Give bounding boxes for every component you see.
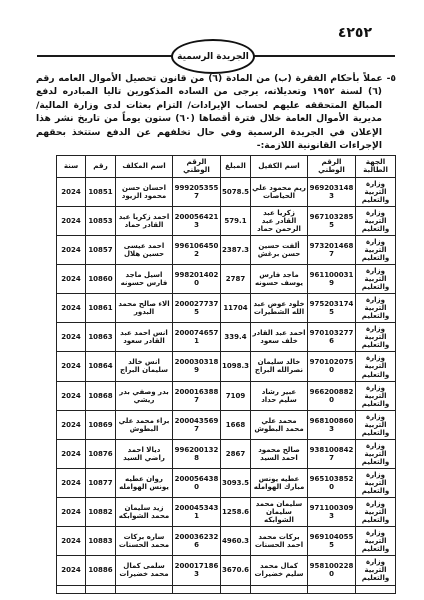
cell-guarantor-name: صالح محمود احمد السيد: [251, 439, 308, 468]
table-row: وزارة التربية والتعليم 9662008820 عبير ر…: [57, 381, 396, 410]
cell-entity: وزارة التربية والتعليم: [356, 381, 396, 410]
cell-number: 10882: [86, 498, 116, 527]
cell-entity: وزارة التربية والتعليم: [356, 294, 396, 323]
cell-number: 10863: [86, 323, 116, 352]
table-row: وزارة التربية والتعليم 9611000319 ماجد ف…: [57, 264, 396, 293]
gazette-page: ٤٢٥٢ الجريدة الرسمية ٥- عملاً بأحكام الف…: [0, 0, 424, 600]
cell-year: 2024: [57, 235, 86, 264]
header-national-id: الرقم الوطني: [173, 156, 221, 178]
table-row: وزارة التربية والتعليم 9692031483 ريم مح…: [57, 177, 396, 206]
cell-guarantor-national-id: 9611000319: [308, 264, 356, 293]
header-number: رقم: [86, 156, 116, 178]
cell-national-id: 9982014020: [173, 264, 221, 293]
cell-national-id: 2000564380: [173, 468, 221, 497]
cell-year: 2024: [57, 410, 86, 439]
table-row: وزارة التربية والتعليم 9701020750 خالد س…: [57, 352, 396, 381]
cell-guarantor-national-id: 9681008603: [308, 410, 356, 439]
cell-national-id: 2000277375: [173, 294, 221, 323]
cell-number: 10876: [86, 439, 116, 468]
cell-amount: 3670.6: [221, 556, 251, 585]
cell-entity: وزارة التربية والتعليم: [356, 527, 396, 556]
table-row: وزارة التربية والتعليم 9701032776 احمد ع…: [57, 323, 396, 352]
cell-entity: وزارة التربية والتعليم: [356, 410, 396, 439]
cell-guarantor-national-id: 9701020750: [308, 352, 356, 381]
cell-year: 2024: [57, 527, 86, 556]
cell-amount: 5078.5: [221, 177, 251, 206]
cell-taxpayer-name: ساره بركات محمد الحسنات: [116, 527, 173, 556]
table-row: وزارة التربية والتعليم 9381008427 صالح م…: [57, 439, 396, 468]
cell-taxpayer-name: احسان حسن محمود الزيود: [116, 177, 173, 206]
cell-amount: 1668: [221, 410, 251, 439]
header-year: سنة: [57, 156, 86, 178]
cell-national-id: 2000362326: [173, 527, 221, 556]
cell-taxpayer-name: الاء صالح محمد البدور: [116, 294, 173, 323]
table-row: وزارة التربية والتعليم 9671032855 زكريا …: [57, 206, 396, 235]
cell-taxpayer-name: انس خالد سليمان البراج: [116, 352, 173, 381]
cell-amount: 1098.3: [221, 352, 251, 381]
cell-guarantor-national-id: 9671032855: [308, 206, 356, 235]
cell-number: 10883: [86, 527, 116, 556]
table-row: وزارة التربية والتعليم 9691040555 بركات …: [57, 527, 396, 556]
cell-guarantor-national-id: 9581002280: [308, 556, 356, 585]
cell-guarantor-name: عبير رشاد سليم حداد: [251, 381, 308, 410]
cell-number: 10860: [86, 264, 116, 293]
header-taxpayer-name: اسم المكلف: [116, 156, 173, 178]
cell-national-id: 9962001328: [173, 439, 221, 468]
cell-year: 2024: [57, 206, 86, 235]
cell-amount: 339.4: [221, 323, 251, 352]
cell-entity: وزارة التربية والتعليم: [356, 556, 396, 585]
cell-number: 10853: [86, 206, 116, 235]
cell-guarantor-national-id: 9662008820: [308, 381, 356, 410]
cell-guarantor-name: سليمان محمد سليمان الشوابكه: [251, 498, 308, 527]
cell-guarantor-national-id: 9381008427: [308, 439, 356, 468]
cell-amount: 579.1: [221, 206, 251, 235]
cell-amount: 2387.3: [221, 235, 251, 264]
page-number: ٤٢٥٢: [338, 25, 372, 41]
gazette-banner: الجريدة الرسمية: [171, 39, 255, 74]
cell-taxpayer-name: انس احمد عبد القادر سعود: [116, 323, 173, 352]
cell-entity: وزارة التربية والتعليم: [356, 323, 396, 352]
cell-national-id: 2000453431: [173, 498, 221, 527]
cell-entity: وزارة التربية والتعليم: [356, 468, 396, 497]
cell-number: 10877: [86, 468, 116, 497]
cell-year: 2024: [57, 556, 86, 585]
cell-national-id: 2000163887: [173, 381, 221, 410]
cell-entity: وزارة التربية والتعليم: [356, 439, 396, 468]
cell-year: 2024: [57, 439, 86, 468]
cell-number: 10857: [86, 235, 116, 264]
cell-taxpayer-name: ديالا احمد راضي السيد: [116, 439, 173, 468]
table-empty-row: [57, 585, 396, 593]
header-entity: الجهة الطالبة: [356, 156, 396, 178]
cell-guarantor-name: بركات محمد احمد الحسنات: [251, 527, 308, 556]
cell-amount: 2787: [221, 264, 251, 293]
table-row: وزارة التربية والتعليم 9681008603 محمد ع…: [57, 410, 396, 439]
cell-year: 2024: [57, 323, 86, 352]
cell-year: 2024: [57, 381, 86, 410]
cell-guarantor-national-id: 9651038520: [308, 468, 356, 497]
cell-national-id: 2000564213: [173, 206, 221, 235]
cell-guarantor-name: ريم محمود علي الحياصات: [251, 177, 308, 206]
cell-taxpayer-name: سلمى كمال محمد خضيرات: [116, 556, 173, 585]
cell-guarantor-national-id: 9711003093: [308, 498, 356, 527]
notice-text: عملاً بأحكام الفقرة (ب) من المادة (٦) من…: [36, 73, 383, 151]
cell-amount: 7109: [221, 381, 251, 410]
cell-number: 10861: [86, 294, 116, 323]
cell-guarantor-name: زكريا عبد القادر عبد الرحمن حماد: [251, 206, 308, 235]
cell-taxpayer-name: احمد عيسى حسين هلال: [116, 235, 173, 264]
cell-guarantor-national-id: 9732014687: [308, 235, 356, 264]
cell-guarantor-name: عطيه يونس مبارك الهوامله: [251, 468, 308, 497]
cell-amount: 2867: [221, 439, 251, 468]
cell-guarantor-name: خلود عوض عبد الله الشطيرات: [251, 294, 308, 323]
cell-year: 2024: [57, 177, 86, 206]
cell-year: 2024: [57, 468, 86, 497]
cell-guarantor-national-id: 9692031483: [308, 177, 356, 206]
header-amount: المبلغ: [221, 156, 251, 178]
cell-national-id: 9992053557: [173, 177, 221, 206]
cell-national-id: 2000303189: [173, 352, 221, 381]
notice-bullet: ٥-: [387, 73, 396, 84]
cell-guarantor-name: ألفت حسين حسن برغش: [251, 235, 308, 264]
cell-number: 10868: [86, 381, 116, 410]
cell-entity: وزارة التربية والتعليم: [356, 498, 396, 527]
cell-entity: وزارة التربية والتعليم: [356, 352, 396, 381]
cell-year: 2024: [57, 352, 86, 381]
taxpayers-table: الجهة الطالبة الرقم الوطني اسم الكفيل ال…: [56, 155, 396, 594]
table-row: وزارة التربية والتعليم 9732014687 ألفت ح…: [57, 235, 396, 264]
cell-national-id: 2000435697: [173, 410, 221, 439]
cell-guarantor-national-id: 9691040555: [308, 527, 356, 556]
cell-taxpayer-name: بدر وصفي بدر ريشي: [116, 381, 173, 410]
cell-amount: 11704: [221, 294, 251, 323]
cell-number: 10864: [86, 352, 116, 381]
cell-taxpayer-name: زيد سليمان محمد الشوابكه: [116, 498, 173, 527]
legal-notice-paragraph: ٥- عملاً بأحكام الفقرة (ب) من المادة (٦)…: [36, 72, 396, 152]
cell-number: 10851: [86, 177, 116, 206]
cell-guarantor-national-id: 9701032776: [308, 323, 356, 352]
cell-amount: 3093.5: [221, 468, 251, 497]
cell-guarantor-national-id: 9752031745: [308, 294, 356, 323]
cell-national-id: 9961064502: [173, 235, 221, 264]
cell-taxpayer-name: احمد زكريا عبد القادر حماد: [116, 206, 173, 235]
cell-number: 10886: [86, 556, 116, 585]
cell-taxpayer-name: روان عطيه يونس الهوامله: [116, 468, 173, 497]
table-row: وزارة التربية والتعليم 9752031745 خلود ع…: [57, 294, 396, 323]
cell-amount: 4960.3: [221, 527, 251, 556]
cell-entity: وزارة التربية والتعليم: [356, 235, 396, 264]
table-row: وزارة التربية والتعليم 9711003093 سليمان…: [57, 498, 396, 527]
cell-guarantor-name: محمد علي محمد البطوش: [251, 410, 308, 439]
cell-national-id: 2000746571: [173, 323, 221, 352]
cell-entity: وزارة التربية والتعليم: [356, 206, 396, 235]
table-row: وزارة التربية والتعليم 9581002280 كمال م…: [57, 556, 396, 585]
cell-guarantor-name: احمد عبد القادر خلف سعود: [251, 323, 308, 352]
cell-number: 10869: [86, 410, 116, 439]
cell-year: 2024: [57, 294, 86, 323]
cell-guarantor-name: خالد سليمان نصرالله البراج: [251, 352, 308, 381]
cell-entity: وزارة التربية والتعليم: [356, 177, 396, 206]
cell-national-id: 2000171863: [173, 556, 221, 585]
table-header-row: الجهة الطالبة الرقم الوطني اسم الكفيل ال…: [57, 156, 396, 178]
cell-taxpayer-name: اسيل ماجد فارس حسونه: [116, 264, 173, 293]
cell-year: 2024: [57, 264, 86, 293]
cell-taxpayer-name: براء محمد علي البطوش: [116, 410, 173, 439]
cell-guarantor-name: ماجد فارس يوسف حسونه: [251, 264, 308, 293]
gazette-banner-label: الجريدة الرسمية: [177, 52, 249, 62]
cell-guarantor-name: كمال محمد سليم خضيرات: [251, 556, 308, 585]
header-guarantor-national-id: الرقم الوطني: [308, 156, 356, 178]
table-body: وزارة التربية والتعليم 9692031483 ريم مح…: [57, 177, 396, 593]
cell-amount: 1258.6: [221, 498, 251, 527]
cell-entity: وزارة التربية والتعليم: [356, 264, 396, 293]
cell-year: 2024: [57, 498, 86, 527]
table-row: وزارة التربية والتعليم 9651038520 عطيه ي…: [57, 468, 396, 497]
header-guarantor-name: اسم الكفيل: [251, 156, 308, 178]
